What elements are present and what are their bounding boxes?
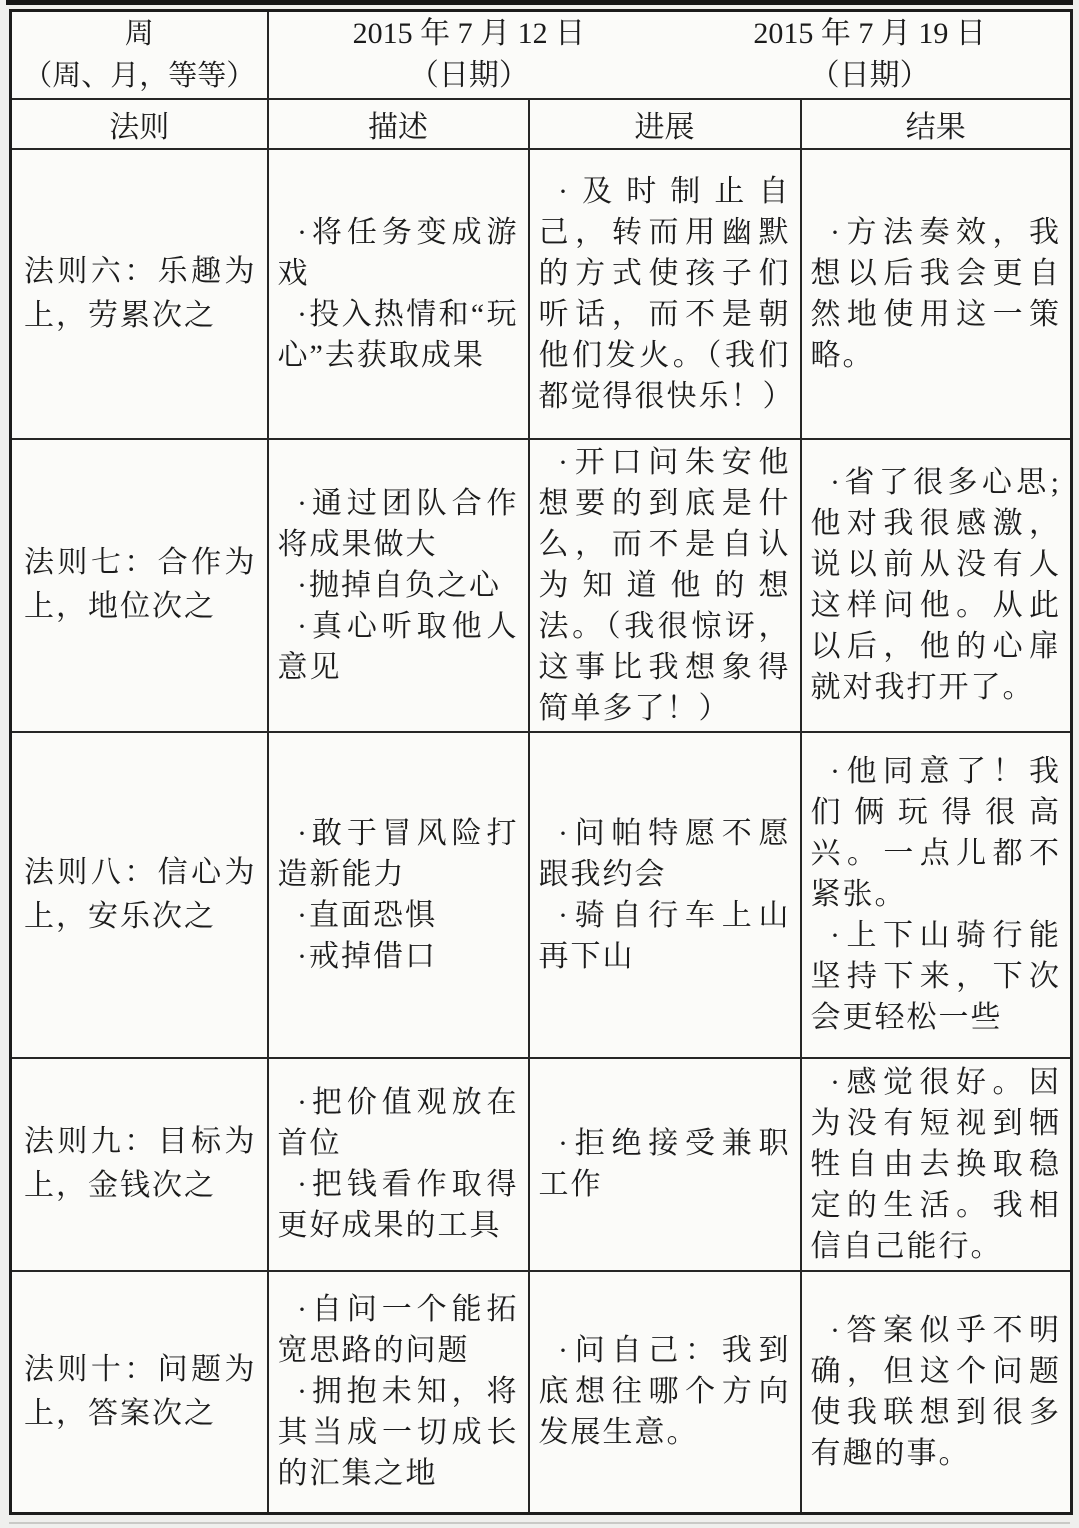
law10-result-cell: ·答案似乎不明确，但这个问题使我联想到很多有趣的事。 bbox=[801, 1271, 1072, 1514]
bullet-item: ·拒绝接受兼职工作 bbox=[539, 1123, 791, 1205]
law10-description-cell: ·自问一个能拓宽思路的问题·拥抱未知，将其当成一切成长的汇集之地 bbox=[268, 1271, 529, 1514]
date-week1-sublabel: （日期） bbox=[269, 55, 670, 97]
bullet-item: ·答案似乎不明确，但这个问题使我联想到很多有趣的事。 bbox=[811, 1310, 1062, 1474]
date-week2-sublabel: （日期） bbox=[669, 55, 1070, 97]
bullet-item: ·投入热情和“玩心”去获取成果 bbox=[278, 294, 519, 376]
table-row-law10: 法则十：问题为上，答案次之 ·自问一个能拓宽思路的问题·拥抱未知，将其当成一切成… bbox=[11, 1271, 1072, 1514]
bullet-item: ·真心听取他人意见 bbox=[278, 606, 519, 688]
bullet-item: ·抛掉自负之心 bbox=[278, 565, 519, 606]
table-row-law6: 法则六：乐趣为上，劳累次之 ·将任务变成游戏·投入热情和“玩心”去获取成果 ·及… bbox=[11, 149, 1072, 439]
law7-title-cell: 法则七：合作为上，地位次之 bbox=[11, 439, 268, 732]
table-row-law7: 法则七：合作为上，地位次之 ·通过团队合作将成果做大·抛掉自负之心·真心听取他人… bbox=[11, 439, 1072, 732]
bullet-item: ·通过团队合作将成果做大 bbox=[278, 483, 519, 565]
law9-description-cell: ·把价值观放在首位·把钱看作取得更好成果的工具 bbox=[268, 1058, 529, 1271]
law7-description-cell: ·通过团队合作将成果做大·抛掉自负之心·真心听取他人意见 bbox=[268, 439, 529, 732]
bullet-item: ·把价值观放在首位 bbox=[278, 1082, 519, 1164]
bullet-item: ·省了很多心思;他对我很感激，说以前从没有人这样问他。从此以后，他的心扉就对我打… bbox=[811, 462, 1062, 708]
header-row-columns: 法则 描述 进展 结果 bbox=[11, 99, 1072, 149]
law8-result-cell: ·他同意了！我们俩玩得很高兴。一点儿都不紧张。·上下山骑行能坚持下来，下次会更轻… bbox=[801, 732, 1072, 1058]
law10-title-cell: 法则十：问题为上，答案次之 bbox=[11, 1271, 268, 1514]
column-header-law: 法则 bbox=[11, 99, 268, 149]
bullet-item: ·敢于冒风险打造新能力 bbox=[278, 813, 519, 895]
law8-title-cell: 法则八：信心为上，安乐次之 bbox=[11, 732, 268, 1058]
bottom-rule bbox=[9, 1522, 1070, 1524]
law8-progress-cell: ·问帕特愿不愿跟我约会·骑自行车上山再下山 bbox=[529, 732, 801, 1058]
scanned-book-page: 周 （周、月，等等） 2015 年 7 月 12 日 （日期） 2015 年 7… bbox=[0, 0, 1079, 1528]
law6-result-cell: ·方法奏效，我想以后我会更自然地使用这一策略。 bbox=[801, 149, 1072, 439]
law9-title-cell: 法则九：目标为上，金钱次之 bbox=[11, 1058, 268, 1271]
law6-progress-cell: ·及时制止自己，转而用幽默的方式使孩子们听话，而不是朝他们发火。（我们都觉得很快… bbox=[529, 149, 801, 439]
period-header-cell: 周 （周、月，等等） bbox=[11, 11, 268, 99]
bullet-item: ·他同意了！我们俩玩得很高兴。一点儿都不紧张。 bbox=[811, 751, 1062, 915]
bullet-item: ·及时制止自己，转而用幽默的方式使孩子们听话，而不是朝他们发火。（我们都觉得很快… bbox=[539, 171, 791, 417]
column-header-result: 结果 bbox=[801, 99, 1072, 149]
date-block-week2: 2015 年 7 月 19 日 （日期） bbox=[669, 13, 1070, 97]
table-row-law9: 法则九：目标为上，金钱次之 ·把价值观放在首位·把钱看作取得更好成果的工具 ·拒… bbox=[11, 1058, 1072, 1271]
header-row-period: 周 （周、月，等等） 2015 年 7 月 12 日 （日期） 2015 年 7… bbox=[11, 11, 1072, 99]
law7-result-cell: ·省了很多心思;他对我很感激，说以前从没有人这样问他。从此以后，他的心扉就对我打… bbox=[801, 439, 1072, 732]
date-block-week1: 2015 年 7 月 12 日 （日期） bbox=[269, 13, 670, 97]
top-rule bbox=[6, 0, 1073, 5]
law6-description-cell: ·将任务变成游戏·投入热情和“玩心”去获取成果 bbox=[268, 149, 529, 439]
column-header-progress: 进展 bbox=[529, 99, 801, 149]
bullet-item: ·开口问朱安他想要的到底是什么，而不是自认为知道他的想法。（我很惊讶，这事比我想… bbox=[539, 442, 791, 729]
bullet-item: ·将任务变成游戏 bbox=[278, 212, 519, 294]
law9-progress-cell: ·拒绝接受兼职工作 bbox=[529, 1058, 801, 1271]
bullet-item: ·骑自行车上山再下山 bbox=[539, 895, 791, 977]
period-sublabel: （周、月，等等） bbox=[12, 55, 267, 97]
bullet-item: ·上下山骑行能坚持下来，下次会更轻松一些 bbox=[811, 915, 1062, 1038]
column-header-description: 描述 bbox=[268, 99, 529, 149]
bullet-item: ·戒掉借口 bbox=[278, 936, 519, 977]
table-row-law8: 法则八：信心为上，安乐次之 ·敢于冒风险打造新能力·直面恐惧·戒掉借口 ·问帕特… bbox=[11, 732, 1072, 1058]
law6-title-cell: 法则六：乐趣为上，劳累次之 bbox=[11, 149, 268, 439]
date-week1: 2015 年 7 月 12 日 bbox=[269, 13, 670, 55]
bullet-item: ·问自己：我到底想往哪个方向发展生意。 bbox=[539, 1330, 791, 1453]
law9-result-cell: ·感觉很好。因为没有短视到牺牲自由去换取稳定的生活。我相信自己能行。 bbox=[801, 1058, 1072, 1271]
bullet-item: ·直面恐惧 bbox=[278, 895, 519, 936]
weekly-review-table: 周 （周、月，等等） 2015 年 7 月 12 日 （日期） 2015 年 7… bbox=[9, 9, 1073, 1515]
period-label: 周 bbox=[12, 13, 267, 55]
law7-progress-cell: ·开口问朱安他想要的到底是什么，而不是自认为知道他的想法。（我很惊讶，这事比我想… bbox=[529, 439, 801, 732]
law10-progress-cell: ·问自己：我到底想往哪个方向发展生意。 bbox=[529, 1271, 801, 1514]
law8-description-cell: ·敢于冒风险打造新能力·直面恐惧·戒掉借口 bbox=[268, 732, 529, 1058]
bullet-item: ·拥抱未知，将其当成一切成长的汇集之地 bbox=[278, 1371, 519, 1494]
dates-wrap: 2015 年 7 月 12 日 （日期） 2015 年 7 月 19 日 （日期… bbox=[269, 13, 1071, 97]
bullet-item: ·方法奏效，我想以后我会更自然地使用这一策略。 bbox=[811, 212, 1062, 376]
date-week2: 2015 年 7 月 19 日 bbox=[669, 13, 1070, 55]
bullet-item: ·问帕特愿不愿跟我约会 bbox=[539, 813, 791, 895]
dates-header-cell: 2015 年 7 月 12 日 （日期） 2015 年 7 月 19 日 （日期… bbox=[268, 11, 1072, 99]
bullet-item: ·把钱看作取得更好成果的工具 bbox=[278, 1164, 519, 1246]
bullet-item: ·感觉很好。因为没有短视到牺牲自由去换取稳定的生活。我相信自己能行。 bbox=[811, 1062, 1062, 1267]
bullet-item: ·自问一个能拓宽思路的问题 bbox=[278, 1289, 519, 1371]
